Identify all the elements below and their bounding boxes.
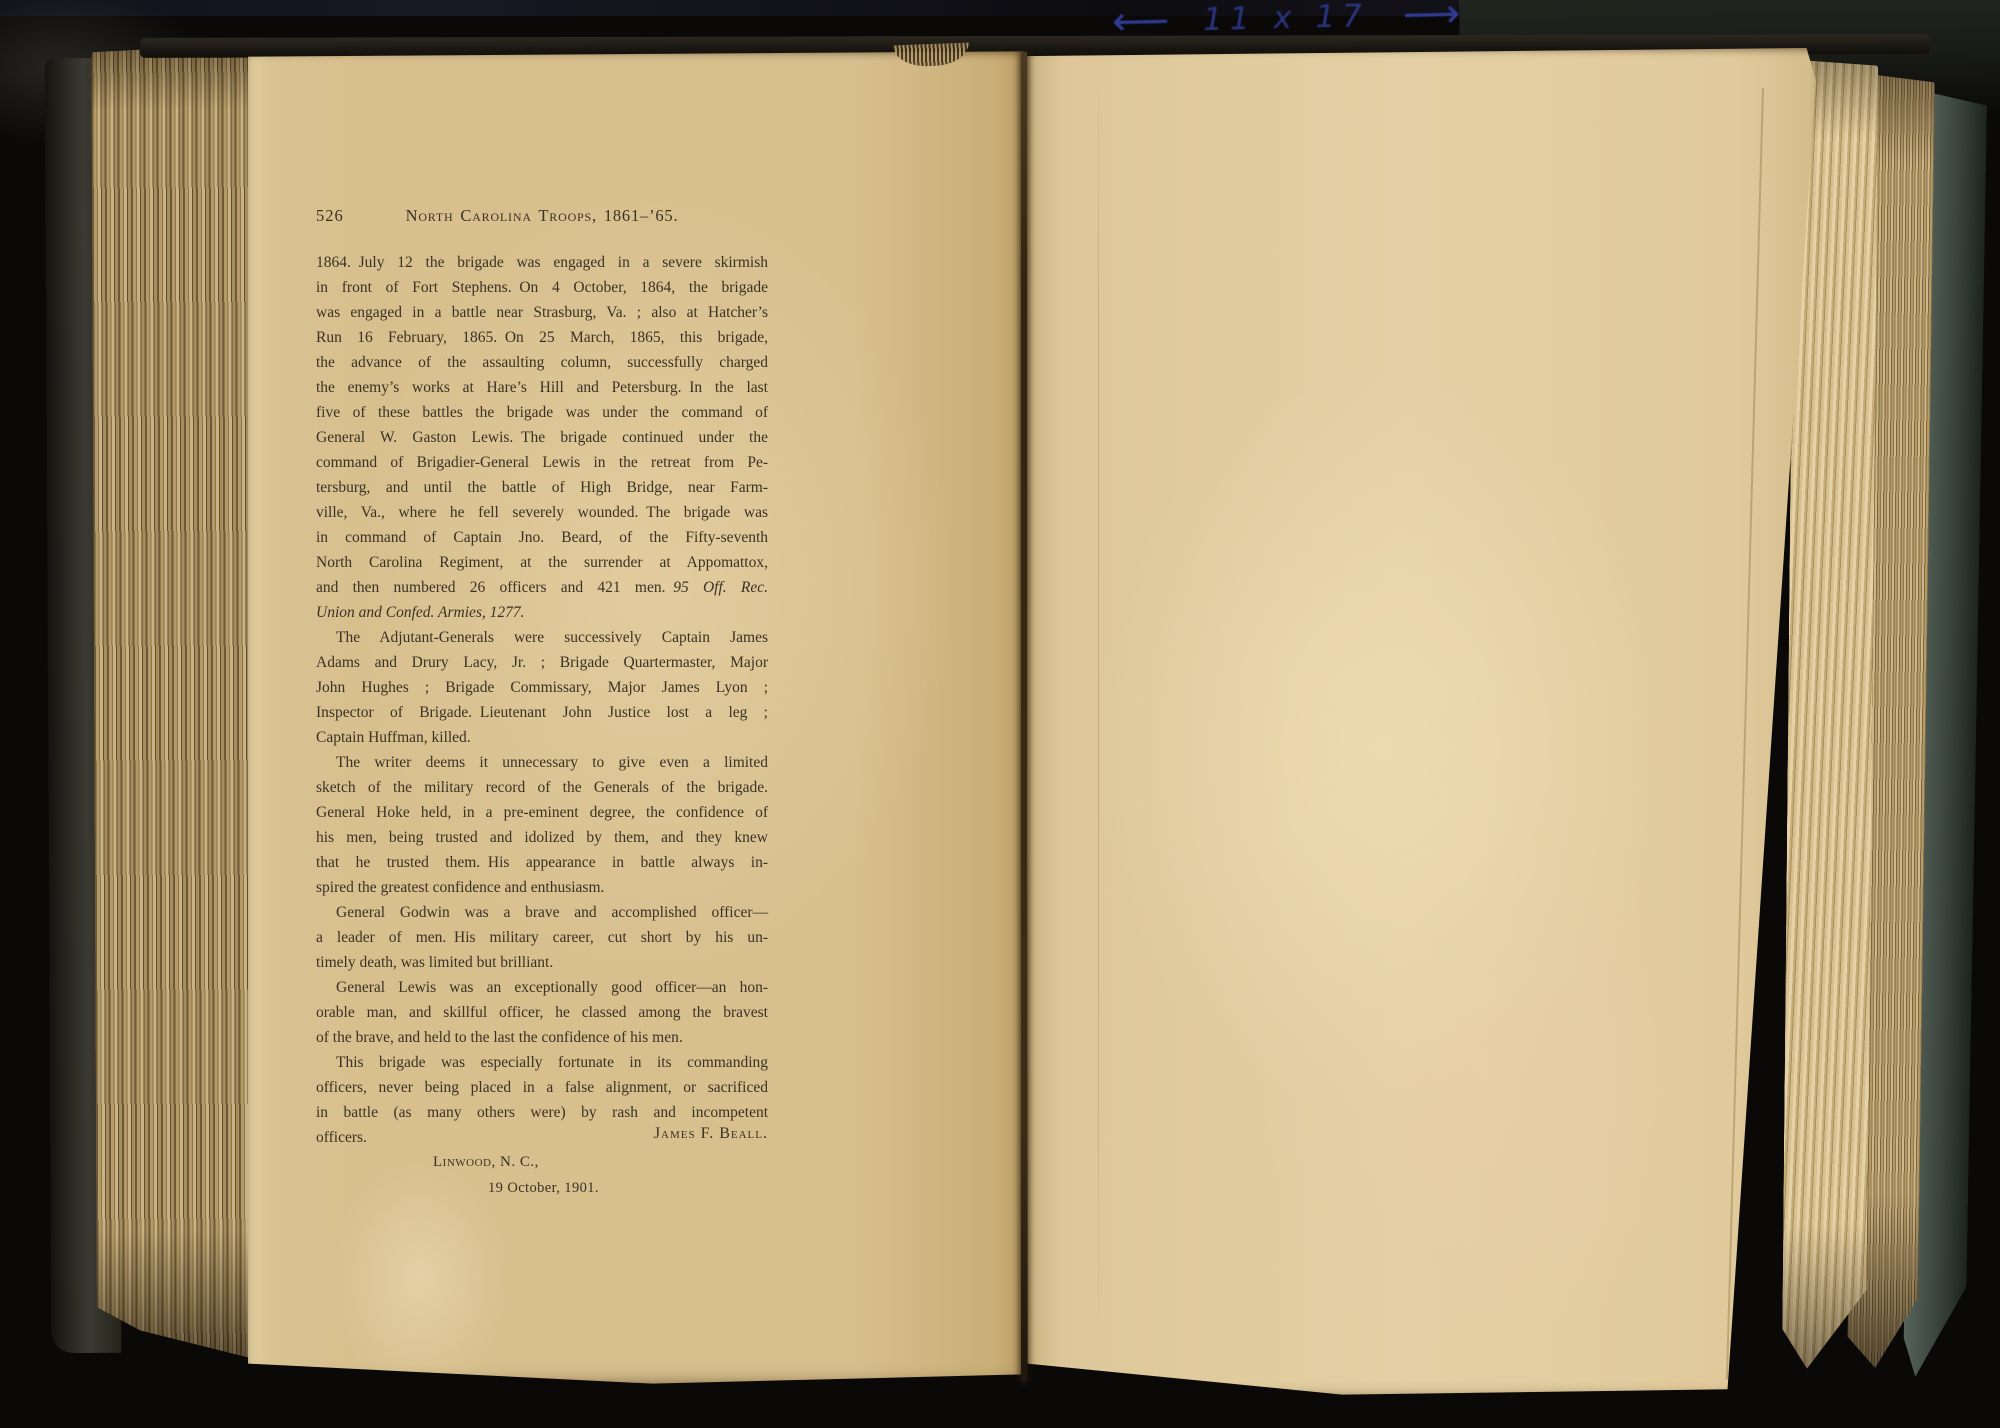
dateline-date: 19 October, 1901. — [488, 1180, 599, 1197]
text-line: General Godwin was a brave and accomplis… — [316, 900, 768, 925]
text-line: General W. Gaston Lewis. The brigade con… — [316, 425, 768, 450]
text-line: and then numbered 26 officers and 421 me… — [316, 575, 768, 600]
text-line: in battle (as many others were) by rash … — [316, 1100, 768, 1125]
body-text: 1864. July 12 the brigade was engaged in… — [316, 250, 768, 1150]
text-line: North Carolina Regiment, at the surrende… — [316, 550, 768, 575]
text-line: Captain Huffman, killed. — [316, 725, 768, 750]
page-header: 526 North Carolina Troops, 1861–’65. — [316, 206, 768, 230]
text-line: in command of Captain Jno. Beard, of the… — [316, 525, 768, 550]
text-line: 1864. July 12 the brigade was engaged in… — [316, 250, 768, 275]
text-line: This brigade was especially fortunate in… — [316, 1050, 768, 1075]
text-line: Adams and Drury Lacy, Jr. ; Brigade Quar… — [316, 650, 768, 675]
text-line: in front of Fort Stephens. On 4 October,… — [316, 275, 768, 300]
running-title: North Carolina Troops, 1861–’65. — [406, 206, 679, 226]
source-citation: 95 Off. Rec. — [673, 579, 768, 596]
right-page — [1026, 48, 1816, 1396]
dateline-place: Linwood, N. C., — [433, 1154, 539, 1171]
right-page-edge-line — [1726, 88, 1764, 1380]
text-line: command of Brigadier-General Lewis in th… — [316, 450, 768, 475]
ruler-annotation: ⟵ 11 x 17 ⟶ — [1111, 0, 1460, 48]
text-line: officers, never being placed in a false … — [316, 1075, 768, 1100]
right-page-crease — [1098, 62, 1099, 1352]
text-line: ville, Va., where he fell severely wound… — [316, 500, 768, 525]
text-line: The writer deems it unnecessary to give … — [316, 750, 768, 775]
text-line: sketch of the military record of the Gen… — [316, 775, 768, 800]
text-line: his men, being trusted and idolized by t… — [316, 825, 768, 850]
text-line: The Adjutant-Generals were successively … — [316, 625, 768, 650]
text-line: that he trusted them. His appearance in … — [316, 850, 768, 875]
text-line: orable man, and skillful officer, he cla… — [316, 1000, 768, 1025]
text-line: the enemy’s works at Hare’s Hill and Pet… — [316, 375, 768, 400]
left-page: 526 North Carolina Troops, 1861–’65. 186… — [248, 50, 1026, 1385]
text-line: timely death, was limited but brilliant. — [316, 950, 768, 975]
text-line: tersburg, and until the battle of High B… — [316, 475, 768, 500]
text-line: Run 16 February, 1865. On 25 March, 1865… — [316, 325, 768, 350]
text-line: spired the greatest confidence and enthu… — [316, 875, 768, 900]
text-line: five of these battles the brigade was un… — [316, 400, 768, 425]
ruler-size-label: 11 x 17 — [1203, 0, 1370, 38]
text-line: of the brave, and held to the last the c… — [316, 1025, 768, 1050]
text-line: General Lewis was an exceptionally good … — [316, 975, 768, 1000]
text-line: Inspector of Brigade. Lieutenant John Ju… — [316, 700, 768, 725]
signature: James F. Beall. — [316, 1125, 768, 1143]
spine-gutter — [1021, 52, 1027, 1382]
ruler-left-arrow-icon: ⟵ — [1112, 1, 1170, 42]
left-page-edges — [91, 44, 265, 1363]
ruler-right-arrow-icon: ⟶ — [1402, 0, 1460, 35]
text-line: John Hughes ; Brigade Commissary, Major … — [316, 675, 768, 700]
text-line: a leader of men. His military career, cu… — [316, 925, 768, 950]
text-line: General Hoke held, in a pre-eminent degr… — [316, 800, 768, 825]
source-citation: Union and Confed. Armies, 1277. — [316, 604, 525, 621]
text-line: Union and Confed. Armies, 1277. — [316, 600, 768, 625]
page-number: 526 — [316, 206, 344, 226]
text-line: was engaged in a battle near Strasburg, … — [316, 300, 768, 325]
text-line: the advance of the assaulting column, su… — [316, 350, 768, 375]
